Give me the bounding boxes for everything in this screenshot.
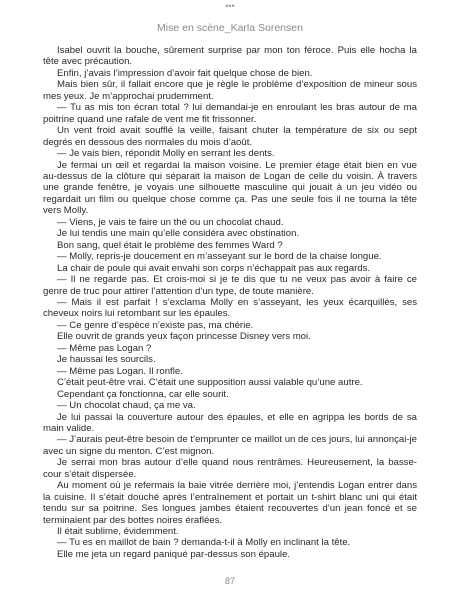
paragraph: — Même pas Logan. Il ronfle. bbox=[43, 366, 417, 377]
book-title: Mise en scène_Karla Sorensen bbox=[0, 22, 460, 34]
paragraph: — Ce genre d’espèce n’existe pas, ma ché… bbox=[43, 320, 417, 331]
paragraph: Elle ouvrit de grands yeux façon princes… bbox=[43, 331, 417, 342]
paragraph: Un vent froid avait soufflé la veille, f… bbox=[43, 125, 417, 148]
paragraph: La chair de poule qui avait envahi son c… bbox=[43, 263, 417, 274]
paragraph: Cependant ça fonctionna, car elle sourit… bbox=[43, 389, 417, 400]
paragraph: — Tu es en maillot de bain ? demanda-t-i… bbox=[43, 537, 417, 548]
paragraph: Isabel ouvrit la bouche, sûrement surpri… bbox=[43, 45, 417, 68]
paragraph: — Molly, repris-je doucement en m’asseya… bbox=[43, 251, 417, 262]
paragraph: Au moment où je refermais la baie vitrée… bbox=[43, 480, 417, 526]
paragraph: — J’aurais peut-être besoin de t’emprunt… bbox=[43, 434, 417, 457]
paragraph: — Mais il est parfait ! s’exclama Molly … bbox=[43, 297, 417, 320]
paragraph: Je lui tendis une main qu’elle considéra… bbox=[43, 228, 417, 239]
paragraph: Il était sublime, évidemment. bbox=[43, 526, 417, 537]
paragraph: Elle me jeta un regard paniqué par-dessu… bbox=[43, 549, 417, 560]
paragraph: Je fermai un œil et regardai la maison v… bbox=[43, 160, 417, 217]
paragraph: — Un chocolat chaud, ça me va. bbox=[43, 400, 417, 411]
paragraph: — Même pas Logan ? bbox=[43, 343, 417, 354]
paragraph: Bon sang, quel était le problème des fem… bbox=[43, 240, 417, 251]
paragraph: Mais bien sûr, il fallait encore que je … bbox=[43, 79, 417, 102]
paragraph: C’était peut-être vrai. C’était une supp… bbox=[43, 377, 417, 388]
paragraph: Je haussai les sourcils. bbox=[43, 354, 417, 365]
paragraph: Enfin, j’avais l’impression d’avoir fait… bbox=[43, 68, 417, 79]
paragraph: — Je vais bien, répondit Molly en serran… bbox=[43, 148, 417, 159]
paragraph: Je serrai mon bras autour d’elle quand n… bbox=[43, 457, 417, 480]
more-options-icon[interactable]: ••• bbox=[0, 1, 460, 11]
paragraph: Je lui passai la couverture autour des é… bbox=[43, 412, 417, 435]
paragraph: — Viens, je vais te faire un thé ou un c… bbox=[43, 217, 417, 228]
page-number: 87 bbox=[0, 576, 460, 586]
paragraph: — Il ne regarde pas. Et crois-moi si je … bbox=[43, 274, 417, 297]
page-text: Isabel ouvrit la bouche, sûrement surpri… bbox=[43, 45, 417, 560]
paragraph: — Tu as mis ton écran total ? lui demand… bbox=[43, 102, 417, 125]
